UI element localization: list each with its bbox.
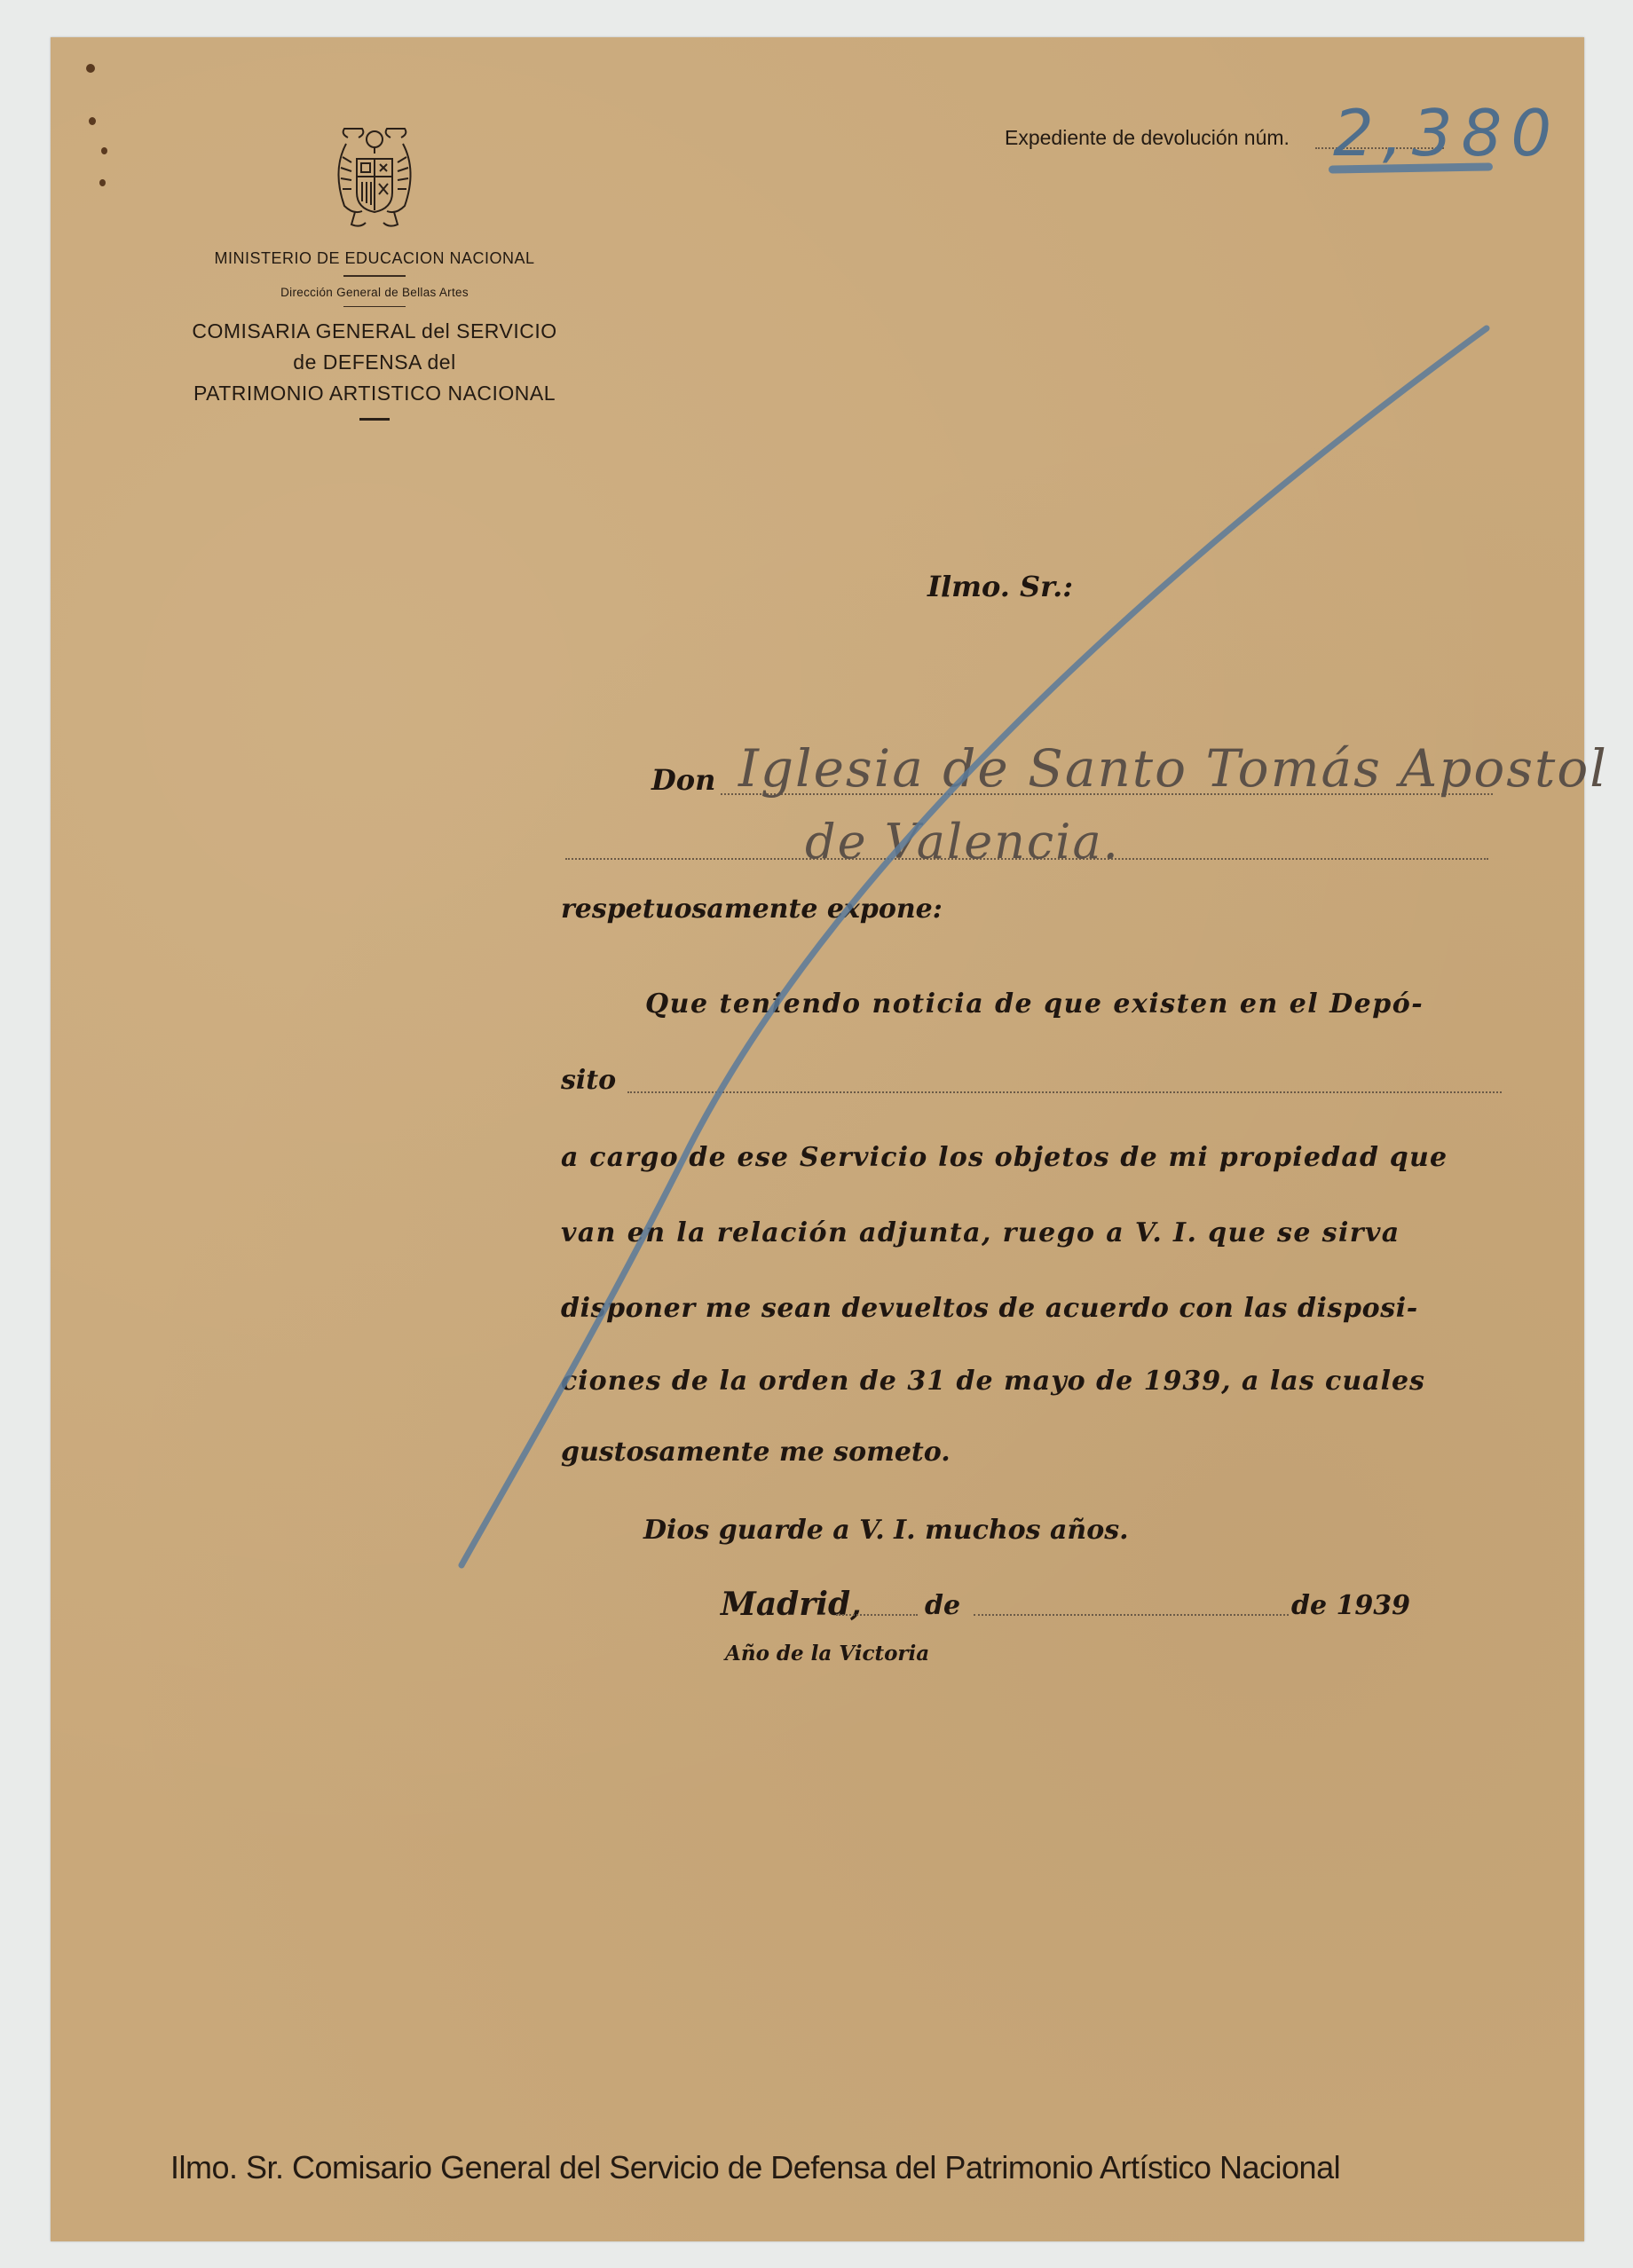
document-page: MINISTERIO DE EDUCACION NACIONAL Direcci…: [51, 37, 1584, 2241]
blue-pencil-strike: [51, 37, 1584, 2241]
addressee-footer: Ilmo. Sr. Comisario General del Servicio…: [170, 2149, 1340, 2186]
